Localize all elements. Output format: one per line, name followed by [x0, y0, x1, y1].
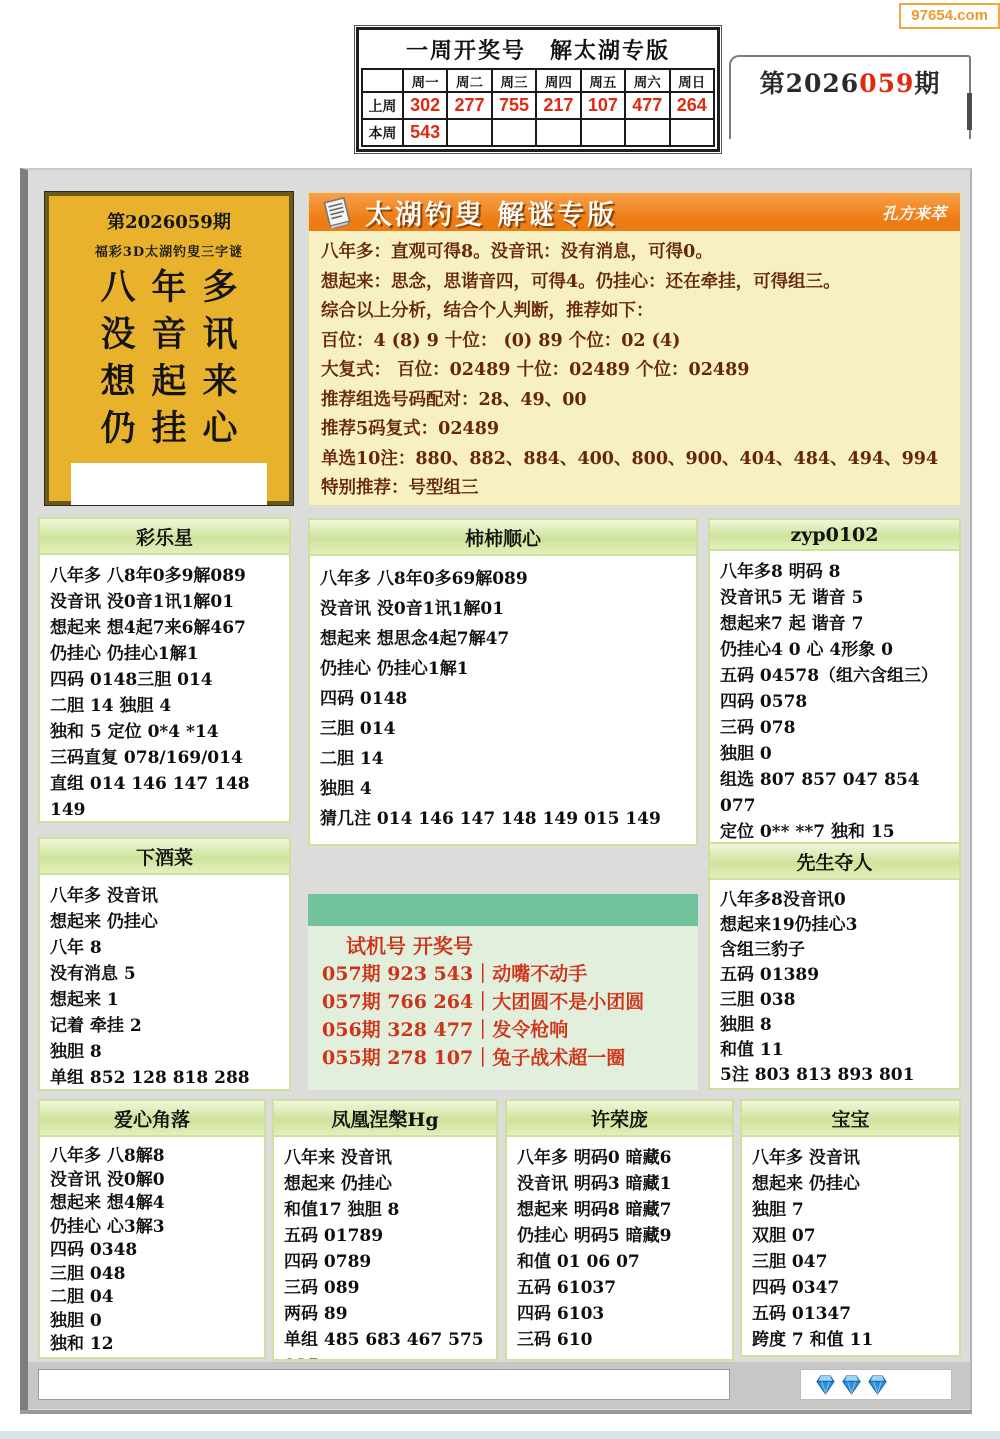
- panel-caile: 彩乐星 八年多 八8年0多9解089没音讯 没0音1讯1解01想起来 想4起7来…: [38, 517, 291, 823]
- poem-subtitle: 福彩3D太湖钓叟三字谜: [49, 241, 289, 260]
- panel-line: 四码 0348: [50, 1239, 254, 1263]
- draw-number-cell: 264: [670, 92, 715, 119]
- panel-line: 直组 014 146 147 148 149: [50, 771, 279, 823]
- analysis-line: 推荐5码复式：02489: [321, 415, 948, 445]
- panel-line: 想起来 仍挂心: [752, 1171, 949, 1197]
- panel-line: 没音讯 没0音1讯1解01: [50, 589, 279, 615]
- panel-title: 许荣庞: [507, 1101, 732, 1137]
- panel-line: 和值 11: [720, 1038, 949, 1063]
- tester-rows: 057期 923 543｜动嘴不动手057期 766 264｜大团圆不是小团圆0…: [322, 960, 698, 1072]
- main-analysis-title: 太湖钓叟 解谜专版: [365, 193, 617, 232]
- panel-line: 三胆 014: [320, 714, 686, 744]
- draw-number-cell: [492, 119, 536, 146]
- day-header-cell: 周日: [670, 69, 715, 92]
- panel-line: 五码 04578（组六含组三）: [720, 663, 949, 689]
- scroll-note-icon: [319, 196, 355, 228]
- poem-line: 没音讯: [49, 316, 289, 354]
- panel-body: 八年多 没音讯想起来 仍挂心独胆 7双胆 07三胆 047四码 0347五码 0…: [742, 1137, 959, 1353]
- panel-title: 宝宝: [742, 1101, 959, 1137]
- panel-line: 5注 803 813 893 801 809: [720, 1063, 949, 1090]
- panel-line: 没音讯 没0解0: [50, 1169, 254, 1193]
- panel-line: 四码 6103: [517, 1301, 722, 1327]
- draw-number-cell: [625, 119, 669, 146]
- panel-line: 想起来7 起 谐音 7: [720, 611, 949, 637]
- gem-box[interactable]: [800, 1369, 952, 1400]
- this-week-row: 本周 543: [362, 119, 714, 146]
- panel-line: 二胆 14 独胆 4: [50, 693, 279, 719]
- panel-line: 三码 089: [284, 1275, 486, 1301]
- day-header-cell: 周六: [625, 69, 669, 92]
- panel-line: 五码 01347: [752, 1301, 949, 1327]
- panel-body: 八年多 八8年0多9解089没音讯 没0音1讯1解01想起来 想4起7来6解46…: [40, 555, 289, 823]
- blank-strip: [71, 463, 267, 505]
- panel-line: 三码 610: [517, 1327, 722, 1353]
- bottom-toolbar: [28, 1362, 970, 1409]
- panel-line: 五码 01789: [284, 1223, 486, 1249]
- day-header-cell: 周二: [447, 69, 491, 92]
- panel-line: 八年多 明码0 暗藏6: [517, 1145, 722, 1171]
- panel-line: 三胆 047: [752, 1249, 949, 1275]
- panel-xiansheng: 先生夺人 八年多8没音讯0想起来19仍挂心3含组三豹子五码 01389三胆 03…: [708, 842, 961, 1090]
- panel-title: zyp0102: [710, 520, 959, 551]
- draw-number-cell: [670, 119, 715, 146]
- main-analysis-panel: 太湖钓叟 解谜专版 孔方来萃 八年多：直观可得8。没音讯：没有消息，可得0。想起…: [308, 192, 961, 506]
- day-header-cell: 周五: [581, 69, 625, 92]
- panel-line: 八年多 八8年0多9解089: [50, 563, 279, 589]
- panel-shishi: 柿柿顺心 八年多 八8年0多69解089没音讯 没0音1讯1解01想起来 想思念…: [308, 518, 698, 846]
- day-header-cell: 周一: [403, 69, 447, 92]
- panel-body: 八年来 没音讯想起来 仍挂心和值17 独胆 8五码 01789四码 0789三码…: [274, 1137, 496, 1361]
- main-analysis-body: 八年多：直观可得8。没音讯：没有消息，可得0。想起来：思念，思谐音四，可得4。仍…: [309, 231, 960, 504]
- panel-line: 八年多8没音讯0: [720, 888, 949, 913]
- analysis-line: 推荐组选号码配对：28、49、00: [321, 386, 948, 416]
- tester-row: 055期 278 107｜兔子战术超一圈: [322, 1044, 698, 1072]
- panel-line: 八年来 没音讯: [284, 1145, 486, 1171]
- draw-number-cell: 217: [536, 92, 580, 119]
- poem-line: 仍挂心: [49, 410, 289, 448]
- analysis-line: 特别推荐：号型组三: [321, 474, 948, 504]
- analysis-line: 想起来：思念，思谐音四，可得4。仍挂心：还在牵挂，可得组三。: [321, 268, 948, 298]
- panel-body: 八年多 八8年0多69解089没音讯 没0音1讯1解01想起来 想思念4起7解4…: [310, 556, 696, 834]
- panel-line: 四码 0148三胆 014: [50, 667, 279, 693]
- footer-strip: [0, 1431, 1000, 1439]
- issue-number-box: 第2026059期: [729, 55, 971, 139]
- draw-number-cell: 755: [492, 92, 536, 119]
- draw-number-cell: 277: [447, 92, 491, 119]
- main-content: 第2026059期 福彩3D太湖钓叟三字谜 八年多 没音讯 想起来 仍挂心 太湖…: [20, 168, 972, 1410]
- panel-line: 八年多 八8解8: [50, 1145, 254, 1169]
- panel-line: 四码 0148: [320, 684, 686, 714]
- panel-line: 三码 078: [720, 715, 949, 741]
- panel-aixin: 爱心角落 八年多 八8解8没音讯 没0解0想起来 想4解4仍挂心 心3解3四码 …: [38, 1099, 266, 1359]
- panel-line: 独胆 0: [720, 741, 949, 767]
- analysis-line: 百位：4 (8) 9 十位： (0) 89 个位：02 (4): [321, 327, 948, 357]
- panel-line: 独胆 8: [50, 1039, 279, 1065]
- panel-line: 没音讯 没0音1讯1解01: [320, 594, 686, 624]
- panel-line: 五码 01389: [720, 963, 949, 988]
- main-analysis-header: 太湖钓叟 解谜专版 孔方来萃: [309, 193, 960, 231]
- panel-line: 二胆 04: [50, 1286, 254, 1310]
- poem-line: 想起来: [49, 363, 289, 401]
- issue-number: 第2026059期: [731, 64, 969, 100]
- issue-highlight: 059: [859, 69, 914, 98]
- panel-line: 想起来 仍挂心: [50, 909, 279, 935]
- panel-line: 想起来19仍挂心3: [720, 913, 949, 938]
- draw-number-cell: 107: [581, 92, 625, 119]
- panel-line: 八年多 没音讯: [752, 1145, 949, 1171]
- panel-line: 仍挂心 明码5 暗藏9: [517, 1223, 722, 1249]
- panel-line: 仍挂心 仍挂心1解1: [320, 654, 686, 684]
- panel-title: 凤凰涅槃Hg: [274, 1101, 496, 1137]
- panel-baobao: 宝宝 八年多 没音讯想起来 仍挂心独胆 7双胆 07三胆 047四码 0347五…: [740, 1099, 961, 1357]
- panel-line: 没音讯5 无 谐音 5: [720, 585, 949, 611]
- panel-line: 独胆 7: [752, 1197, 949, 1223]
- panel-line: 想起来 想4解4: [50, 1192, 254, 1216]
- panel-xurong: 许荣庞 八年多 明码0 暗藏6没音讯 明码3 暗藏1想起来 明码8 暗藏7仍挂心…: [505, 1099, 734, 1361]
- panel-line: 三胆 038: [720, 988, 949, 1013]
- panel-line: 两码 89: [284, 1301, 486, 1327]
- panel-line: 四码 0347: [752, 1275, 949, 1301]
- panel-line: 记着 牵挂 2: [50, 1013, 279, 1039]
- panel-line: 独胆 4: [320, 774, 686, 804]
- gem-icon: [867, 1374, 888, 1395]
- panel-body: 八年多 没音讯想起来 仍挂心八年 8没有消息 5想起来 1记着 牵挂 2独胆 8…: [40, 875, 289, 1091]
- panel-line: 五码 61037: [517, 1275, 722, 1301]
- draw-number-cell: 543: [403, 119, 447, 146]
- draw-number-cell: 302: [403, 92, 447, 119]
- tester-block-body: 试机号 开奖号 057期 923 543｜动嘴不动手057期 766 264｜大…: [308, 926, 698, 1072]
- day-header-cell: 周四: [536, 69, 580, 92]
- weekly-draw-table: 周一 周二 周三 周四 周五 周六 周日 上周 302 277 755 217 …: [361, 68, 715, 147]
- panel-line: 三胆 048: [50, 1263, 254, 1287]
- analysis-line: 单选10注：880、882、884、400、800、900、404、484、49…: [321, 445, 948, 475]
- panel-line: 八年多 八8年0多69解089: [320, 564, 686, 594]
- panel-body: 八年多8 明码 8没音讯5 无 谐音 5想起来7 起 谐音 7仍挂心4 0 心 …: [710, 551, 959, 845]
- panel-line: 二胆 14: [320, 744, 686, 774]
- panel-line: 没音讯 明码3 暗藏1: [517, 1171, 722, 1197]
- panel-line: 双胆 07: [752, 1223, 949, 1249]
- panel-line: 四码 0578: [720, 689, 949, 715]
- comment-input[interactable]: [38, 1369, 730, 1400]
- tester-row: 057期 766 264｜大团圆不是小团圆: [322, 988, 698, 1016]
- scrollbar-thumb[interactable]: [967, 93, 972, 130]
- weekly-draw-box: 一周开奖号 解太湖专版 周一 周二 周三 周四 周五 周六 周日 上周 302 …: [356, 27, 720, 152]
- panel-line: 想起来 仍挂心: [284, 1171, 486, 1197]
- panel-line: 单组 485 683 467 575 935: [284, 1327, 486, 1361]
- tester-row: 056期 328 477｜发令枪响: [322, 1016, 698, 1044]
- analysis-line: 大复式： 百位：02489 十位：02489 个位：02489: [321, 356, 948, 386]
- page: { "site_badge": "97654.com", "issue": { …: [0, 0, 1000, 1439]
- poem-box: 第2026059期 福彩3D太湖钓叟三字谜 八年多 没音讯 想起来 仍挂心: [45, 192, 293, 505]
- tester-block-title: 试机号 开奖号: [322, 932, 698, 960]
- panel-line: 仍挂心 仍挂心1解1: [50, 641, 279, 667]
- panel-line: 和值17 独胆 8: [284, 1197, 486, 1223]
- panel-line: 单组 852 128 818 288 581: [50, 1065, 279, 1091]
- main-analysis-byline: 孔方来萃: [882, 201, 946, 224]
- panel-line: 四码 0789: [284, 1249, 486, 1275]
- panel-line: 想起来 1: [50, 987, 279, 1013]
- panel-line: 含组三豹子: [720, 938, 949, 963]
- panel-line: 独胆 8: [720, 1013, 949, 1038]
- panel-zyp0102: zyp0102 八年多8 明码 8没音讯5 无 谐音 5想起来7 起 谐音 7仍…: [708, 518, 961, 846]
- weekly-draw-title: 一周开奖号 解太湖专版: [361, 31, 715, 68]
- gem-icon: [815, 1374, 836, 1395]
- poem-line: 八年多: [49, 269, 289, 307]
- panel-title: 先生夺人: [710, 844, 959, 880]
- poem-issue: 第2026059期: [49, 208, 289, 234]
- panel-line: 仍挂心4 0 心 4形象 0: [720, 637, 949, 663]
- panel-line: 八年多8 明码 8: [720, 559, 949, 585]
- panel-line: 没有消息 5: [50, 961, 279, 987]
- panel-line: 想起来 想4起7来6解467: [50, 615, 279, 641]
- panel-line: 八年 8: [50, 935, 279, 961]
- row-label: 上周: [362, 92, 403, 119]
- panel-line: 仍挂心 心3解3: [50, 1216, 254, 1240]
- panel-title: 下酒菜: [40, 839, 289, 875]
- day-header-cell: 周三: [492, 69, 536, 92]
- panel-line: 独和 12: [50, 1333, 254, 1357]
- panel-line: 三码直复 078/169/014: [50, 745, 279, 771]
- panel-line: 独和 5 定位 0*4 *14: [50, 719, 279, 745]
- panel-line: 八年多 没音讯: [50, 883, 279, 909]
- panel-xiajiucai: 下酒菜 八年多 没音讯想起来 仍挂心八年 8没有消息 5想起来 1记着 牵挂 2…: [38, 837, 291, 1091]
- draw-number-cell: 477: [625, 92, 669, 119]
- panel-title: 柿柿顺心: [310, 520, 696, 556]
- corner-cell: [362, 69, 403, 92]
- panel-line: 想起来 明码8 暗藏7: [517, 1197, 722, 1223]
- panel-line: 猜几注 014 146 147 148 149 015 149: [320, 804, 686, 834]
- issue-prefix: 第2026: [760, 69, 860, 98]
- issue-suffix: 期: [914, 69, 940, 98]
- panel-title: 彩乐星: [40, 519, 289, 555]
- site-badge[interactable]: 97654.com: [899, 3, 1000, 29]
- panel-line: 和值 01 06 07: [517, 1249, 722, 1275]
- panel-title: 爱心角落: [40, 1101, 264, 1137]
- tester-row: 057期 923 543｜动嘴不动手: [322, 960, 698, 988]
- tester-numbers-block: 试机号 开奖号 057期 923 543｜动嘴不动手057期 766 264｜大…: [308, 894, 698, 1090]
- weekly-header-row: 周一 周二 周三 周四 周五 周六 周日: [362, 69, 714, 92]
- analysis-line: 综合以上分析，结合个人判断，推荐如下：: [321, 297, 948, 327]
- last-week-row: 上周 302 277 755 217 107 477 264: [362, 92, 714, 119]
- panel-line: 组选 807 857 047 854 077: [720, 767, 949, 819]
- panel-line: 独胆 0: [50, 1310, 254, 1334]
- tester-block-header: [308, 894, 698, 926]
- panel-body: 八年多8没音讯0想起来19仍挂心3含组三豹子五码 01389三胆 038独胆 8…: [710, 880, 959, 1090]
- draw-number-cell: [536, 119, 580, 146]
- panel-body: 八年多 明码0 暗藏6没音讯 明码3 暗藏1想起来 明码8 暗藏7仍挂心 明码5…: [507, 1137, 732, 1353]
- panel-body: 八年多 八8解8没音讯 没0解0想起来 想4解4仍挂心 心3解3四码 0348三…: [40, 1137, 264, 1357]
- panel-line: 跨度 7 和值 11: [752, 1327, 949, 1353]
- draw-number-cell: [581, 119, 625, 146]
- analysis-line: 八年多：直观可得8。没音讯：没有消息，可得0。: [321, 238, 948, 268]
- draw-number-cell: [447, 119, 491, 146]
- row-label: 本周: [362, 119, 403, 146]
- panel-fenghuang: 凤凰涅槃Hg 八年来 没音讯想起来 仍挂心和值17 独胆 8五码 01789四码…: [272, 1099, 498, 1361]
- gem-icon: [841, 1374, 862, 1395]
- panel-line: 想起来 想思念4起7解47: [320, 624, 686, 654]
